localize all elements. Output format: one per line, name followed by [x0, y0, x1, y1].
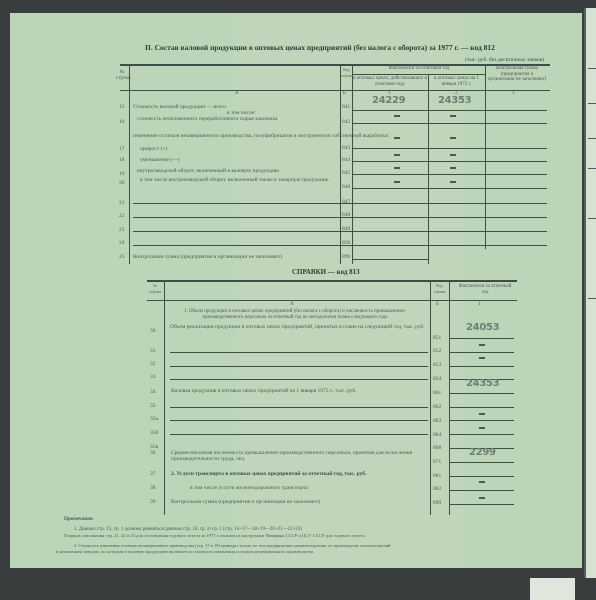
col-code-header: Код строки [341, 67, 352, 78]
value-stamp: 24353 [466, 378, 499, 389]
notes-heading: Примечания [64, 517, 93, 523]
fact-num: 1 [478, 302, 481, 308]
col2-header: в оптовых ценах на 1 января 1975 г. [429, 76, 484, 87]
value-stamp: 2299 [469, 447, 496, 458]
note-2b: и ремонтным заводам, по которым в валову… [56, 549, 314, 555]
col-desc-letter: А [290, 302, 294, 308]
col-code-letter: Б [436, 302, 439, 308]
section2-heading: 1. Объем продукции в оптовых ценах предп… [175, 309, 415, 321]
col-code-header: Код строки [431, 283, 448, 294]
col1-header: в оптовых ценах, действовавших в отчетно… [353, 76, 427, 87]
section2-title: СПРАВКИ — код 813 [292, 268, 360, 276]
note-1b: Порядок заполнения стр. 21, 22 и 23 для … [64, 533, 366, 539]
section1-title: II. Состав валовой продукции в оптовых ц… [145, 43, 495, 52]
value-stamp: 24229 [372, 95, 405, 106]
col3-header: Контрольная сумма (предприятия и организ… [487, 66, 547, 83]
col-desc-letter: А [235, 91, 239, 97]
adjacent-page-edge [584, 8, 596, 578]
units-note: (тыс. руб. без десятичных знаков) [465, 57, 544, 63]
paper-strip [530, 578, 575, 600]
fact-header: Фактически за отчетный год [455, 284, 515, 295]
value-stamp: 24353 [438, 95, 471, 106]
row-label: изменение остатков незавершенного произв… [133, 133, 389, 139]
col-num-header: № строки [148, 283, 162, 294]
col-code-letter: Б [343, 91, 346, 97]
col3-num: 3 [512, 91, 515, 97]
value-stamp: 24053 [466, 322, 499, 333]
fact-header: Фактически за отчетный год [355, 66, 483, 72]
col-num-header: № строки [116, 70, 128, 81]
